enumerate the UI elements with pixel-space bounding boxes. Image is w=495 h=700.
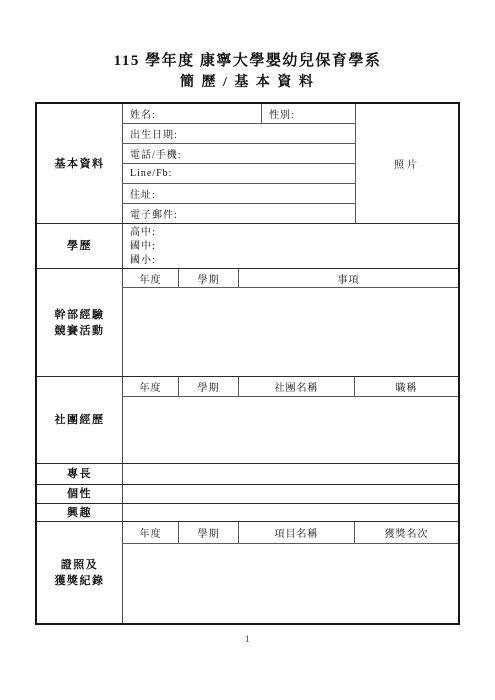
section-education: 學歷 高中: 國中: 國小: — [37, 224, 458, 269]
col-header-year: 年度 — [123, 522, 179, 543]
clubs-entry-area[interactable] — [123, 397, 458, 463]
section-label-clubs: 社團經歷 — [37, 377, 123, 463]
col-header-semester: 學期 — [179, 522, 239, 543]
leadership-label-line2: 競賽活動 — [55, 323, 105, 339]
specialty-entry-area[interactable] — [123, 464, 458, 484]
col-header-club-name: 社團名稱 — [239, 377, 355, 396]
awards-label-line2: 獲獎紀錄 — [55, 573, 105, 589]
row-birth-date: 出生日期: — [123, 124, 355, 144]
row-address: 住址: — [123, 184, 355, 204]
field-birth-date[interactable]: 出生日期: — [123, 126, 178, 141]
section-label-personality: 個性 — [37, 485, 123, 503]
interest-entry-area[interactable] — [123, 504, 458, 521]
section-label-awards: 證照及 獲獎紀錄 — [37, 522, 123, 623]
basic-info-fields: 姓名: 性別: 出生日期: 電話/手機: Line/Fb: 住址: 電子郵件: — [123, 104, 355, 223]
col-header-semester: 學期 — [179, 377, 239, 396]
page-title: 115 學年度 康寧大學嬰幼兒保育學系 — [0, 50, 495, 72]
row-phone: 電話/手機: — [123, 144, 355, 164]
col-header-position: 職稱 — [355, 377, 458, 396]
section-interest: 興趣 — [37, 504, 458, 522]
field-high-school[interactable]: 高中: — [130, 226, 458, 240]
field-elementary[interactable]: 國小: — [130, 254, 458, 268]
field-email[interactable]: 電子郵件: — [123, 206, 178, 221]
document-header: 115 學年度 康寧大學嬰幼兒保育學系 簡 歷 / 基 本 資 料 — [0, 50, 495, 93]
section-label-education: 學歷 — [37, 224, 123, 268]
photo-placeholder[interactable]: 照片 — [355, 104, 458, 223]
section-certificates-awards: 證照及 獲獎紀錄 年度 學期 項目名稱 獲獎名次 — [37, 522, 458, 623]
field-phone[interactable]: 電話/手機: — [123, 146, 182, 161]
leadership-label-line1: 幹部經驗 — [55, 307, 105, 323]
col-header-items: 事項 — [239, 269, 458, 287]
awards-label-line1: 證照及 — [61, 557, 99, 573]
awards-entry-area[interactable] — [123, 544, 458, 623]
col-header-semester: 學期 — [179, 269, 239, 287]
section-personality: 個性 — [37, 485, 458, 504]
awards-header-row: 年度 學期 項目名稱 獲獎名次 — [123, 522, 458, 544]
basic-info-content: 姓名: 性別: 出生日期: 電話/手機: Line/Fb: 住址: 電子郵件: — [123, 104, 458, 223]
row-name-gender: 姓名: 性別: — [123, 104, 355, 124]
section-label-interest: 興趣 — [37, 504, 123, 521]
section-label-basic-info: 基本資料 — [37, 104, 123, 223]
section-leadership-competition: 幹部經驗 競賽活動 年度 學期 事項 — [37, 269, 458, 377]
col-header-item-name: 項目名稱 — [239, 522, 355, 543]
field-gender[interactable]: 性別: — [262, 104, 355, 123]
personality-entry-area[interactable] — [123, 485, 458, 503]
section-basic-info: 基本資料 姓名: 性別: 出生日期: 電話/手機: Line/Fb: 住址: — [37, 104, 458, 224]
col-header-award-rank: 獲獎名次 — [355, 522, 458, 543]
field-name[interactable]: 姓名: — [123, 104, 262, 123]
field-line-fb[interactable]: Line/Fb: — [123, 168, 172, 179]
page-number: 1 — [0, 634, 495, 644]
leadership-header-row: 年度 學期 事項 — [123, 269, 458, 288]
section-specialty: 專長 — [37, 464, 458, 485]
field-address[interactable]: 住址: — [123, 186, 156, 201]
row-email: 電子郵件: — [123, 204, 355, 223]
section-label-leadership: 幹部經驗 競賽活動 — [37, 269, 123, 376]
col-header-year: 年度 — [123, 269, 179, 287]
resume-form-table: 基本資料 姓名: 性別: 出生日期: 電話/手機: Line/Fb: 住址: — [35, 102, 460, 625]
page-subtitle: 簡 歷 / 基 本 資 料 — [0, 72, 495, 93]
row-line-fb: Line/Fb: — [123, 164, 355, 184]
section-club-experience: 社團經歷 年度 學期 社團名稱 職稱 — [37, 377, 458, 464]
leadership-entry-area[interactable] — [123, 288, 458, 376]
clubs-header-row: 年度 學期 社團名稱 職稱 — [123, 377, 458, 397]
col-header-year: 年度 — [123, 377, 179, 396]
section-label-specialty: 專長 — [37, 464, 123, 484]
field-junior-high[interactable]: 國中: — [130, 240, 458, 254]
education-fields[interactable]: 高中: 國中: 國小: — [123, 224, 458, 268]
